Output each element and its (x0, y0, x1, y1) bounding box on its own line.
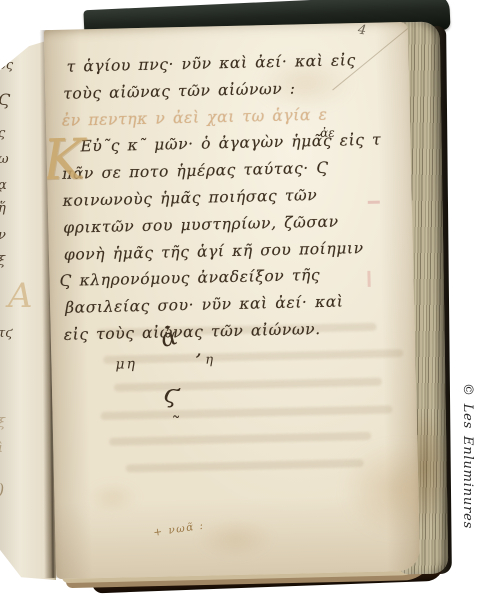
left-page-text-fragment: ς (0, 126, 5, 141)
greek-text-block: τ ἁγίου πνς· νῦν καὶ ἀεί· καὶ εἰς τοὺς α… (52, 46, 395, 348)
left-page-text-fragment: Ϛ (0, 90, 10, 109)
quire-mark-h: η (205, 352, 213, 367)
left-page-text-fragment: τϛ (0, 326, 12, 341)
decorated-initial: Κ (44, 127, 86, 193)
left-page-text-fragment: ) (0, 480, 4, 499)
faded-red-margin-stroke (367, 271, 370, 287)
left-page-gold-initial-fragment: Α (8, 276, 33, 316)
left-page-text-fragment: ὶ (0, 441, 3, 456)
quire-mark-mh: μη (115, 356, 137, 372)
left-page-text-fragment: ν (0, 228, 6, 243)
left-page-text-fragment: ω (0, 152, 9, 167)
right-page: 4 τ ἁγίου πνς· νῦν καὶ ἀεί· καὶ εἰς τοὺς… (44, 22, 420, 579)
folio-number: 4 (357, 23, 367, 39)
left-page-text-fragment: ᾳ (0, 178, 7, 193)
manuscript-photo: ος Ϛ ς ω ᾳ ἥ ν ξ Α τϛ ξ ὶ ) 4 τ ἁγίου πν… (0, 0, 482, 600)
superscript-abbreviation: ἀε (320, 126, 335, 140)
left-page-text-fragment: ἥ (0, 201, 6, 216)
left-page-text-fragment: ος (0, 58, 13, 73)
copyright-credit: © Les Enluminures (460, 383, 475, 529)
left-page-text-fragment: ξ (0, 254, 5, 269)
faded-red-margin-stroke (368, 201, 380, 204)
left-page-text-fragment: ξ (0, 416, 5, 431)
